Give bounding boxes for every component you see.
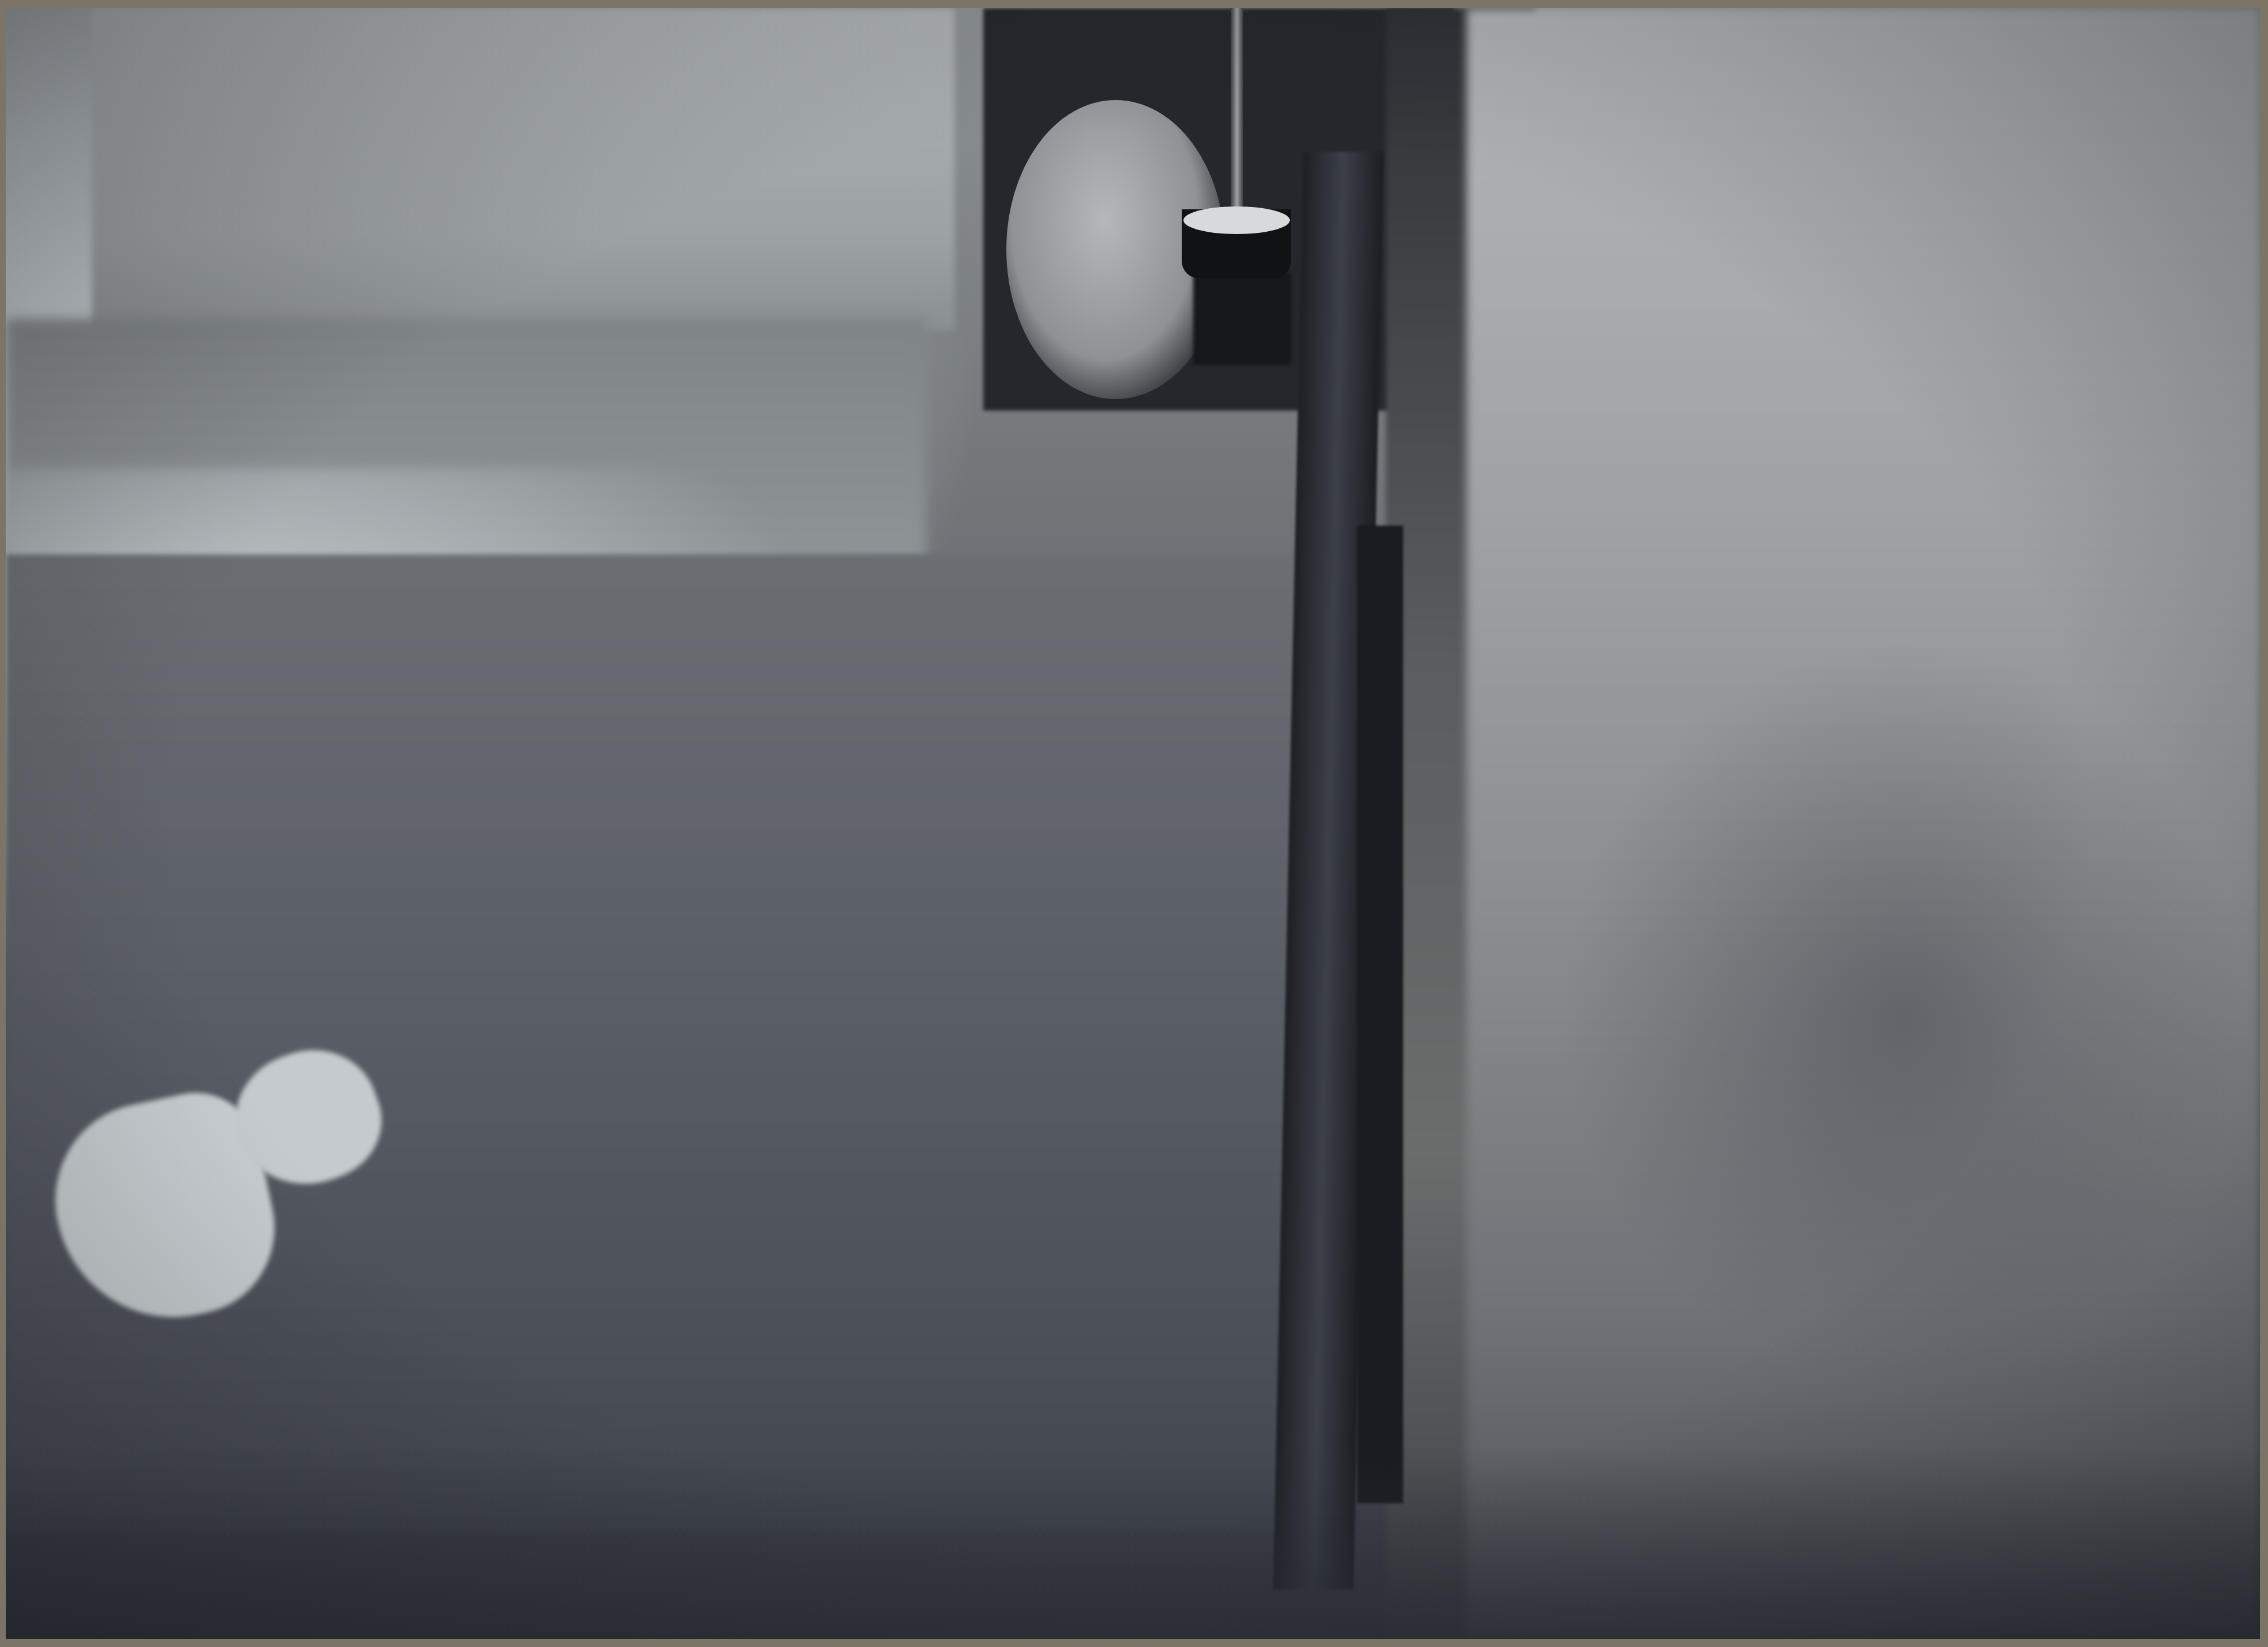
vignette — [6, 8, 2260, 1639]
photograph — [6, 8, 2260, 1639]
